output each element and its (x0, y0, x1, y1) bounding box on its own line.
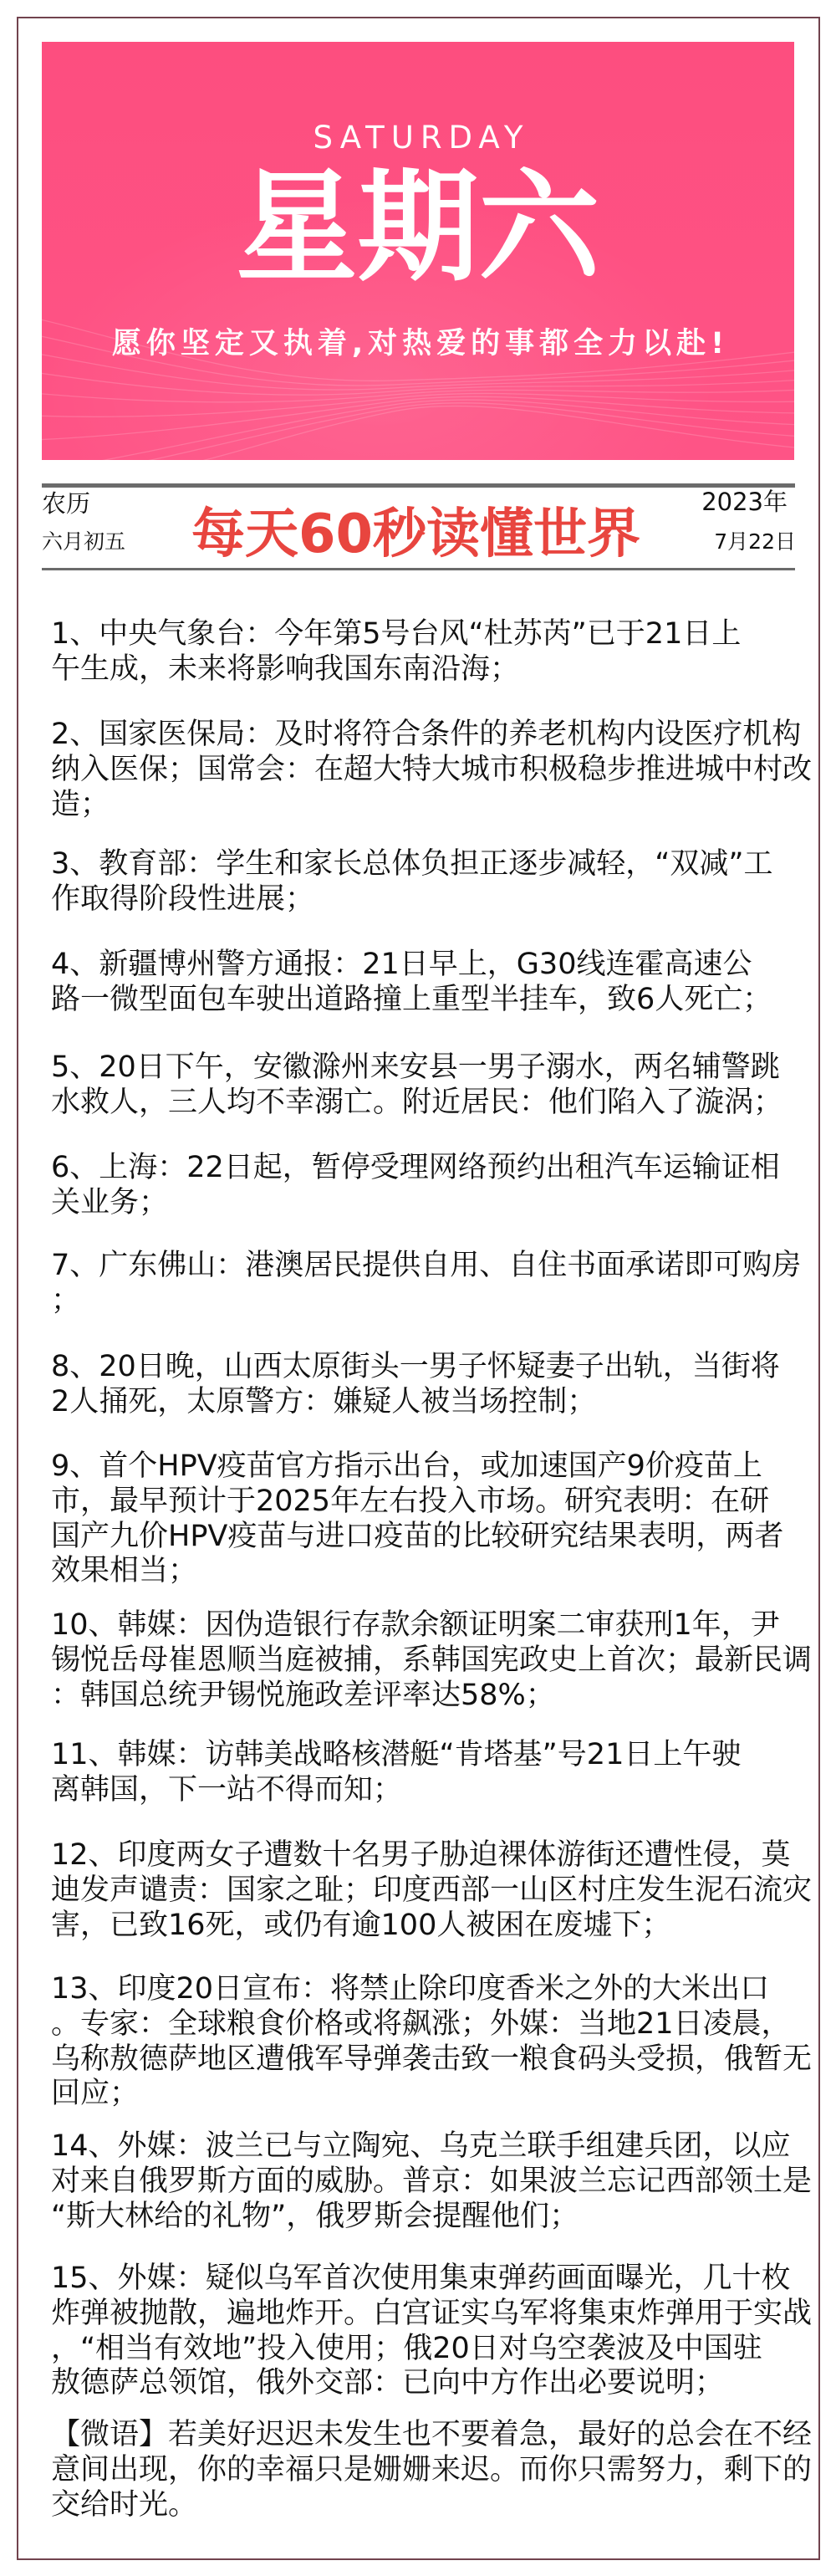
gregorian-year: 2023年 (701, 490, 788, 514)
weekday-chinese: 星期六 (42, 167, 794, 289)
news-line: ：韩国总统尹锡悦施政差评率达58%； (51, 1679, 812, 1714)
news-line: 纳入医保；国常会：在超大特大城市积极稳步推进城中村改 (51, 753, 812, 788)
quote-line: 意间出现，你的幸福只是姗姗来迟。而你只需努力，剩下的 (51, 2453, 812, 2488)
news-item-2: 2、国家医保局：及时将符合条件的养老机构内设医疗机构 纳入医保；国常会：在超大特… (51, 718, 812, 822)
header-top-rule (42, 483, 795, 488)
news-line: 14、外媒：波兰已与立陶宛、乌克兰联手组建兵团，以应 (51, 2129, 812, 2165)
news-line: 水救人，三人均不幸溺亡。附近居民：他们陷入了漩涡； (51, 1086, 782, 1121)
news-line: ； (51, 1284, 801, 1319)
news-item-3: 3、教育部：学生和家长总体负担正逐步减轻，“双减”工 作取得阶段性进展； (51, 847, 773, 917)
news-line: ，“相当有效地”投入使用；俄20日对乌空袭波及中国驻 (51, 2332, 812, 2367)
news-line: 关业务； (51, 1186, 780, 1221)
quote-line: 【微语】若美好迟迟未发生也不要着急，最好的总会在不经 (51, 2418, 812, 2453)
news-line: 午生成，未来将影响我国东南沿海； (51, 652, 741, 687)
news-item-12: 12、印度两女子遭数十名男子胁迫裸体游街还遭性侵，莫 迪发声谴责：国家之耻；印度… (51, 1838, 812, 1943)
day-banner: SATURDAY 星期六 愿你坚定又执着,对热爱的事都全力以赴! (42, 42, 794, 460)
news-line: 锡悦岳母崔恩顺当庭被捕，系韩国宪政史上首次；最新民调 (51, 1643, 812, 1679)
news-line: 7、广东佛山：港澳居民提供自用、自住书面承诺即可购房 (51, 1249, 801, 1284)
news-line: 敖德萨总领馆，俄外交部：已向中方作出必要说明； (51, 2366, 812, 2401)
news-line: 8、20日晚，山西太原街头一男子怀疑妻子出轨，当街将 (51, 1350, 780, 1385)
news-line: 效果相当； (51, 1554, 783, 1589)
news-line: 离韩国，下一站不得而知； (51, 1773, 741, 1808)
news-line: 对来自俄罗斯方面的威胁。普京：如果波兰忘记西部领土是 (51, 2165, 812, 2200)
news-line: 2人捅死，太原警方：嫌疑人被当场控制； (51, 1385, 780, 1420)
news-line: 2、国家医保局：及时将符合条件的养老机构内设医疗机构 (51, 718, 812, 753)
news-line: 回应； (51, 2077, 812, 2112)
news-line: 1、中央气象台：今年第5号台风“杜苏芮”已于21日上 (51, 617, 741, 652)
news-item-9: 9、首个HPV疫苗官方指示出台，或加速国产9价疫苗上 市，最早预计于2025年左… (51, 1449, 783, 1589)
news-line: 6、上海：22日起，暂停受理网络预约出租汽车运输证相 (51, 1151, 780, 1186)
news-line: 害，已致16死，或仍有逾100人被困在废墟下； (51, 1909, 812, 1944)
news-line: 作取得阶段性进展； (51, 882, 773, 917)
news-line: “斯大林给的礼物”，俄罗斯会提醒他们； (51, 2200, 812, 2235)
news-line: 炸弹被抛散，遍地炸开。白宫证实乌军将集束炸弹用于实战 (51, 2297, 812, 2332)
weekday-english: SATURDAY (42, 122, 794, 153)
news-line: 5、20日下午，安徽滁州来安县一男子溺水，两名辅警跳 (51, 1050, 782, 1086)
news-item-5: 5、20日下午，安徽滁州来安县一男子溺水，两名辅警跳 水救人，三人均不幸溺亡。附… (51, 1050, 782, 1121)
news-line: 国产九价HPV疫苗与进口疫苗的比较研究结果表明，两者 (51, 1520, 783, 1555)
gregorian-date: 7月22日 (714, 531, 796, 552)
daily-quote: 【微语】若美好迟迟未发生也不要着急，最好的总会在不经 意间出现，你的幸福只是姗姗… (51, 2418, 812, 2522)
page-title: 每天60秒读懂世界 (42, 508, 790, 561)
news-item-8: 8、20日晚，山西太原街头一男子怀疑妻子出轨，当街将 2人捅死，太原警方：嫌疑人… (51, 1350, 780, 1420)
motto-text: 愿你坚定又执着,对热爱的事都全力以赴! (42, 330, 794, 359)
quote-line: 交给时光。 (51, 2488, 812, 2523)
news-item-1: 1、中央气象台：今年第5号台风“杜苏芮”已于21日上 午生成，未来将影响我国东南… (51, 617, 741, 687)
news-line: 15、外媒：疑似乌军首次使用集束弹药画面曝光，几十枚 (51, 2262, 812, 2297)
news-line: 3、教育部：学生和家长总体负担正逐步减轻，“双减”工 (51, 847, 773, 882)
news-item-15: 15、外媒：疑似乌军首次使用集束弹药画面曝光，几十枚 炸弹被抛散，遍地炸开。白宫… (51, 2262, 812, 2401)
news-line: 4、新疆博州警方通报：21日早上，G30线连霍高速公 (51, 948, 772, 983)
news-line: 路一微型面包车驶出道路撞上重型半挂车，致6人死亡； (51, 983, 772, 1018)
news-item-11: 11、韩媒：访韩美战略核潜艇“肯塔基”号21日上午驶 离韩国，下一站不得而知； (51, 1738, 741, 1808)
news-line: 市，最早预计于2025年左右投入市场。研究表明：在研 (51, 1485, 783, 1520)
news-item-6: 6、上海：22日起，暂停受理网络预约出租汽车运输证相 关业务； (51, 1151, 780, 1221)
news-item-7: 7、广东佛山：港澳居民提供自用、自住书面承诺即可购房 ； (51, 1249, 801, 1319)
news-line: 9、首个HPV疫苗官方指示出台，或加速国产9价疫苗上 (51, 1449, 783, 1485)
news-item-13: 13、印度20日宣布：将禁止除印度香米之外的大米出口 。专家：全球粮食价格或将飙… (51, 1972, 812, 2112)
news-line: 11、韩媒：访韩美战略核潜艇“肯塔基”号21日上午驶 (51, 1738, 741, 1773)
news-line: 13、印度20日宣布：将禁止除印度香米之外的大米出口 (51, 1972, 812, 2007)
news-line: 造； (51, 788, 812, 823)
header-bottom-rule (42, 568, 795, 570)
news-item-10: 10、韩媒：因伪造银行存款余额证明案二审获刑1年，尹 锡悦岳母崔恩顺当庭被捕，系… (51, 1608, 812, 1713)
news-line: 10、韩媒：因伪造银行存款余额证明案二审获刑1年，尹 (51, 1608, 812, 1643)
news-line: 乌称敖德萨地区遭俄军导弹袭击致一粮食码头受损，俄暂无 (51, 2042, 812, 2078)
news-line: 。专家：全球粮食价格或将飙涨；外媒：当地21日凌晨， (51, 2007, 812, 2042)
news-line: 迪发声谴责：国家之耻；印度西部一山区村庄发生泥石流灾 (51, 1873, 812, 1909)
news-line: 12、印度两女子遭数十名男子胁迫裸体游街还遭性侵，莫 (51, 1838, 812, 1873)
news-item-14: 14、外媒：波兰已与立陶宛、乌克兰联手组建兵团，以应 对来自俄罗斯方面的威胁。普… (51, 2129, 812, 2234)
news-item-4: 4、新疆博州警方通报：21日早上，G30线连霍高速公 路一微型面包车驶出道路撞上… (51, 948, 772, 1018)
